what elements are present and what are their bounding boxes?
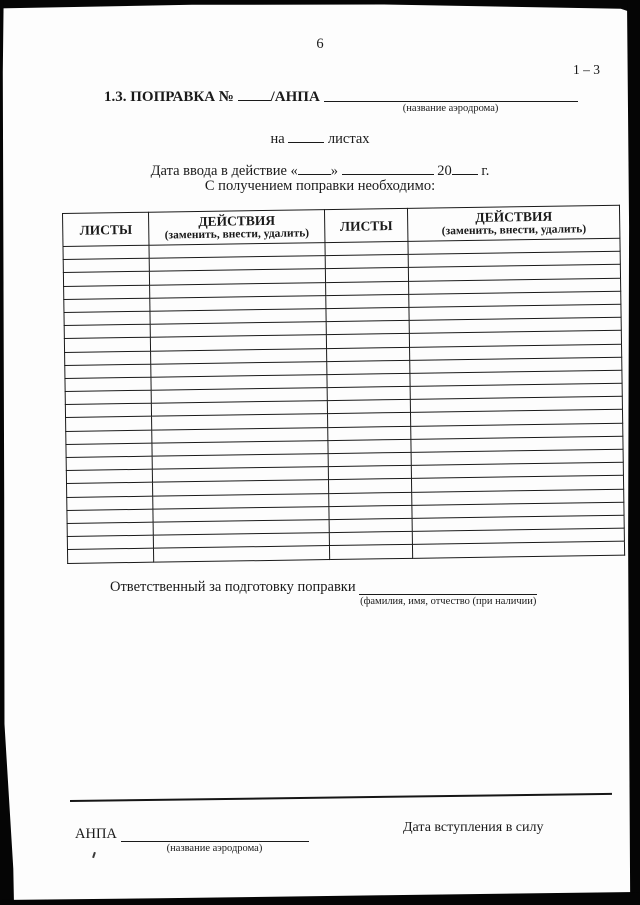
table-cell [65,403,152,417]
table-cell [326,334,410,348]
amendment-number-field [238,86,271,101]
amendment-table: ЛИСТЫ ДЕЙСТВИЯ (заменить, внести, удалит… [62,205,625,564]
table-cell [66,430,153,444]
aerodrome-name-field [324,86,578,102]
responsible-name-caption: (фамилия, имя, отчество (при наличии) [359,596,537,607]
footer-aerodrome-field [121,826,309,842]
table-cell [327,373,411,387]
table-cell [327,413,411,427]
responsible-name-field [359,579,537,595]
table-cell [67,522,154,536]
entry-into-force-label: Дата вступления в силу [403,820,544,836]
table-cell [328,452,412,466]
table-cell [326,347,410,361]
table-cell [325,268,409,282]
ink-speck [92,852,96,858]
table-cell [329,505,413,519]
instruction-line: С получением поправки необходимо: [0,178,640,195]
table-cell [154,546,330,562]
table-cell [65,377,152,391]
table-cell [65,351,152,365]
table-cell [327,360,411,374]
table-cell [328,492,412,506]
table-cell [328,439,412,453]
table-cell [327,386,411,400]
date-suffix: г. [481,163,489,179]
table-cell [329,531,413,545]
section-title: 1.3. ПОПРАВКА № /АНПА (название аэродром… [104,86,578,114]
table-cell [325,241,409,255]
scan-border-bottom [0,892,640,905]
table-cell [66,469,153,483]
responsible-line: Ответственный за подготовку поправки (фа… [110,579,537,607]
table-cell [64,311,151,325]
document-page: 6 1 – 3 1.3. ПОПРАВКА № /АНПА (название … [0,0,640,905]
table-cell [67,483,154,497]
table-cell [326,307,410,321]
table-cell [63,272,150,286]
table-cell [66,443,153,457]
table-cell [63,245,150,259]
footer-aerodrome-group: (название аэродрома) [121,826,309,854]
footer-aerodrome-caption: (название аэродрома) [121,843,309,854]
aerodrome-name-caption: (название аэродрома) [324,103,578,114]
date-prefix: Дата ввода в действие « [151,163,298,179]
table-cell [329,545,413,559]
table-cell [413,542,625,558]
footer-anpa-line: АНПА (название аэродрома) [75,826,309,854]
footer-anpa-label: АНПА [75,826,117,842]
month-field [342,160,434,175]
amendment-table-body [63,238,625,563]
sheets-prefix: на [270,131,284,147]
table-cell [67,496,154,510]
table-cell [65,364,152,378]
effective-date-line: Дата ввода в действие «» 20 г. [0,160,640,180]
table-cell [325,281,409,295]
sheets-count-field [288,128,324,143]
date-century: 20 [437,163,452,179]
sheets-suffix: листах [328,131,370,147]
year-field [452,160,478,175]
amendment-table-wrap: ЛИСТЫ ДЕЙСТВИЯ (заменить, внести, удалит… [62,205,625,564]
table-cell [329,518,413,532]
scan-border-top [0,0,640,16]
table-cell [327,400,411,414]
col-header-actions-1: ДЕЙСТВИЯ (заменить, внести, удалить) [149,210,325,246]
table-cell [66,417,153,431]
anpa-label: /АНПА [271,89,320,105]
table-cell [328,466,412,480]
table-cell [64,338,151,352]
section-title-text: 1.3. ПОПРАВКА № [104,89,234,105]
table-cell [64,324,151,338]
table-cell [67,509,154,523]
table-cell [327,426,411,440]
col-header-actions-2: ДЕЙСТВИЯ (заменить, внести, удалить) [408,205,620,241]
responsible-label: Ответственный за подготовку поправки [110,579,356,595]
table-cell [64,285,151,299]
table-cell [67,535,154,549]
table-cell [67,548,154,562]
col-header-sheets-1: ЛИСТЫ [63,212,150,246]
table-cell [326,294,410,308]
table-cell [326,320,410,334]
corner-reference: 1 – 3 [573,62,600,78]
table-cell [328,479,412,493]
table-cell [65,390,152,404]
footer-divider [70,793,612,802]
col-header-sheets-2: ЛИСТЫ [324,208,408,242]
table-cell [325,255,409,269]
date-quote-close: » [331,163,338,179]
responsible-name-group: (фамилия, имя, отчество (при наличии) [359,579,537,607]
page-number: 6 [0,36,640,53]
day-field [298,160,331,175]
table-cell [63,258,150,272]
aerodrome-name-group: (название аэродрома) [324,86,578,114]
table-cell [64,298,151,312]
table-cell [66,456,153,470]
sheets-line: на листах [0,128,640,148]
